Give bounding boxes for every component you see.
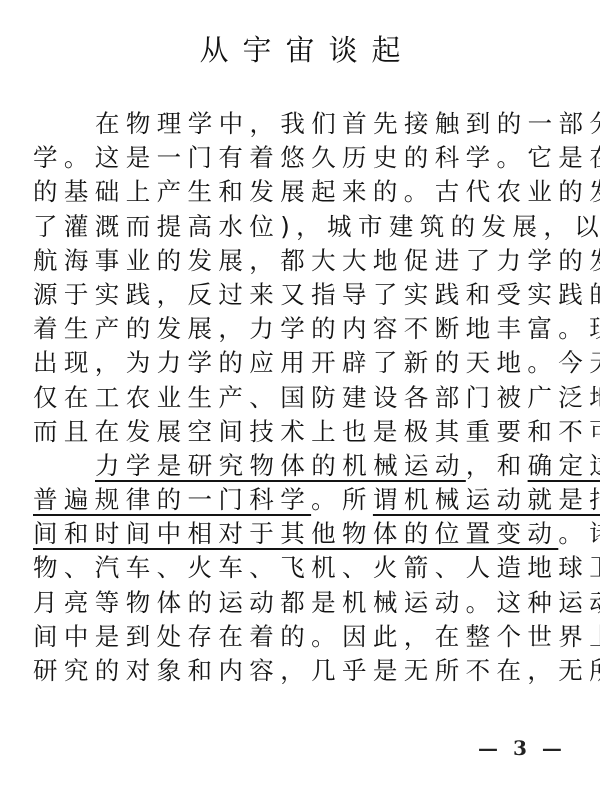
- underlined-phrase: 确定这种运动的: [528, 451, 600, 480]
- page-title: 从宇宙谈起: [0, 28, 600, 69]
- text-line: 了灌溉而提高水位)，城市建筑的发展，以及手工业和: [33, 210, 573, 244]
- underlined-phrase: 力学是研究物体的机械运动: [95, 451, 466, 480]
- text-line: 间中是到处存在着的。因此，在整个世界上，力学所: [33, 620, 573, 654]
- text-line: 月亮等物体的运动都是机械运动。这种运动在宇宙空: [33, 586, 573, 620]
- text-line: 在物理学中，我们首先接触到的一部分就是力: [33, 107, 573, 141]
- text-line: 着生产的发展，力学的内容不断地丰富。现代科学的: [33, 312, 573, 346]
- text-segment: 。所: [311, 485, 373, 514]
- text-line: 出现，为力学的应用开辟了新的天地。今天，力学不: [33, 346, 573, 380]
- body-text: 在物理学中，我们首先接触到的一部分就是力 学。这是一门有着悠久历史的科学。它是在…: [33, 107, 573, 688]
- text-line: 仅在工农业生产、国防建设各部门被广泛地应用着，: [33, 381, 573, 415]
- text-line: 源于实践，反过来又指导了实践和受实践的检验。随: [33, 278, 573, 312]
- text-segment: 。诸如人、动: [558, 519, 600, 548]
- text-line: 学。这是一门有着悠久历史的科学。它是在生产实践: [33, 141, 573, 175]
- text-line: 间和时间中相对于其他物体的位置变动。诸如人、动: [33, 517, 573, 551]
- text-line: 物、汽车、火车、飞机、火箭、人造地球卫星、太阳、: [33, 551, 573, 585]
- page-number: — 3 —: [478, 736, 566, 760]
- underlined-phrase: 间和时间中相对于其他物体的位置变动: [33, 519, 558, 548]
- text-line: 航海事业的发展，都大大地促进了力学的发展。它来: [33, 244, 573, 278]
- underlined-phrase: 普遍规律的一门科学: [33, 485, 311, 514]
- text-line: 普遍规律的一门科学。所谓机械运动就是指物体在空: [33, 483, 573, 517]
- text-segment: ，和: [466, 451, 528, 480]
- text-line: 力学是研究物体的机械运动，和确定这种运动的: [33, 449, 573, 483]
- text-line: 的基础上产生和发展起来的。古代农业的发展（如为: [33, 175, 573, 209]
- underlined-phrase: 谓机械运动就是指物体在空: [373, 485, 600, 514]
- text-line: 研究的对象和内容，几乎是无所不在，无所不存。其: [33, 654, 573, 688]
- text-line: 而且在发展空间技术上也是极其重要和不可缺少的。: [33, 415, 573, 449]
